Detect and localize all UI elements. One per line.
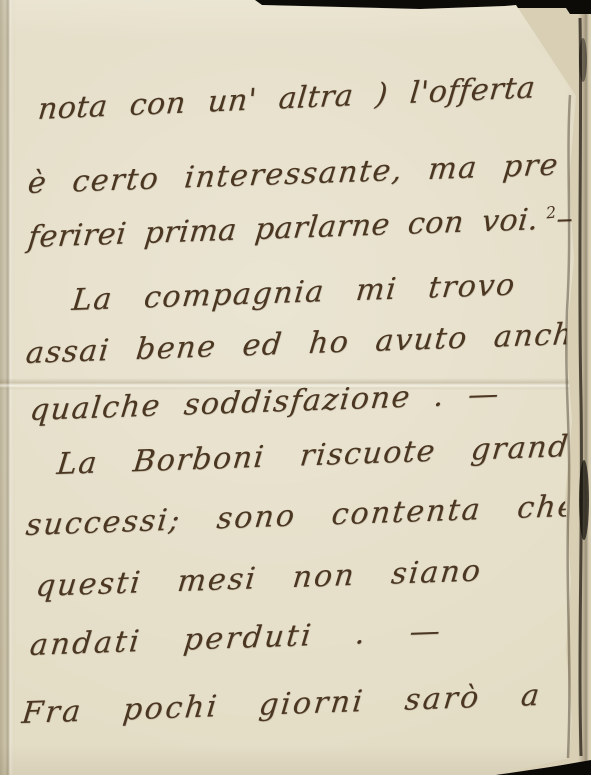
- handwritten-line-8: successi; sono contenta che: [24, 489, 579, 543]
- handwritten-line-10: andati perduti . —: [28, 614, 444, 663]
- handwritten-line-3: ferirei prima parlarne con voi. —: [26, 201, 589, 255]
- handwritten-line-4: La compagnia mi trovo: [70, 268, 517, 318]
- handwritten-line-2: è certo interessante, ma pre: [26, 148, 561, 201]
- handwritten-line-9: questi mesi non siano: [34, 554, 484, 604]
- torn-edge-shadow: [553, 0, 591, 775]
- handwritten-line-5: assai bene ed ho avuto anche: [24, 316, 591, 371]
- handwritten-line-7: La Borboni riscuote grandi: [55, 429, 582, 482]
- letter-photo: nota con un' altra ) l'offerta è certo i…: [0, 0, 591, 775]
- handwritten-line-1: nota con un' altra ) l'offerta: [36, 70, 537, 127]
- letter-page: nota con un' altra ) l'offerta è certo i…: [0, 0, 591, 775]
- handwritten-line-11: Fra pochi giorni sarò a: [20, 678, 543, 731]
